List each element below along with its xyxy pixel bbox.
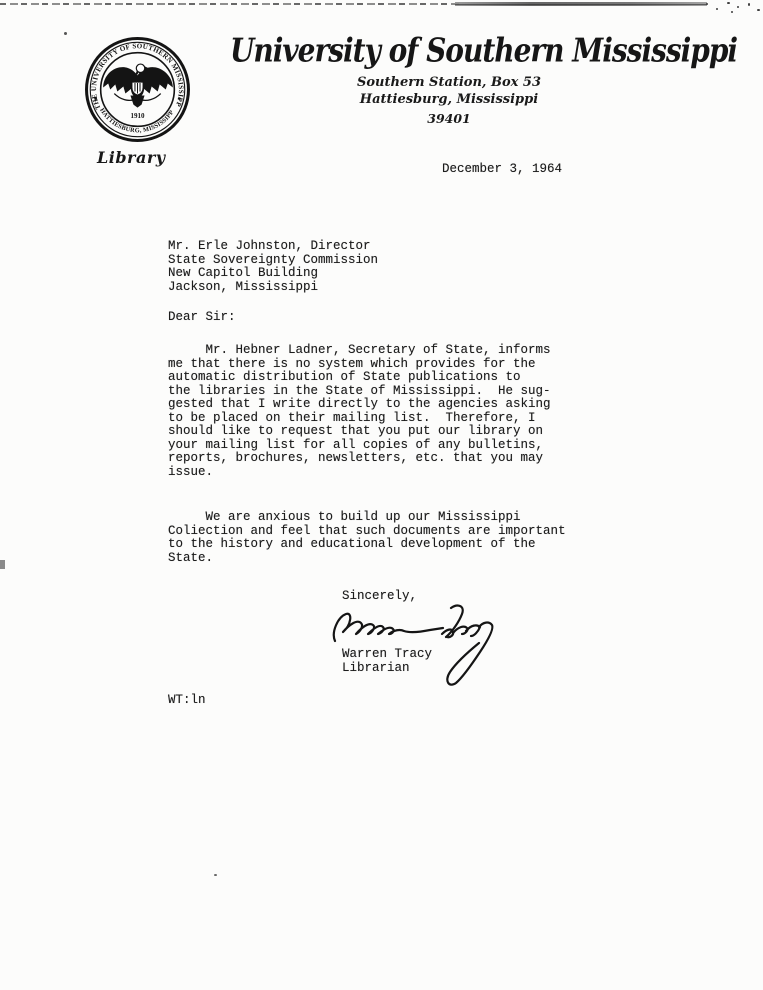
body-paragraph-1: Mr. Hebner Ladner, Secretary of State, i…: [168, 344, 551, 479]
letterhead-address-line2: Hattiesburg, Mississippi: [299, 92, 599, 107]
seal-year: 1910: [130, 112, 145, 120]
scan-artifact-left-tick: [0, 560, 5, 569]
recipient-line: New Capitol Building: [168, 267, 318, 281]
department-label: Library: [97, 148, 166, 167]
recipient-line: State Sovereignty Commission: [168, 254, 378, 268]
recipient-line: Jackson, Mississippi: [168, 281, 318, 295]
seal-ring-dot-left: [94, 97, 97, 100]
scan-speck: [748, 3, 750, 6]
letterhead-zip: 39401: [299, 111, 599, 126]
scan-speck: [716, 8, 718, 10]
scan-speck: [737, 6, 739, 8]
scan-speck: [706, 3, 708, 5]
signer-title: Librarian: [342, 662, 410, 676]
signed-name: Warren Tracy: [342, 648, 432, 662]
typist-initials: WT:ln: [168, 694, 206, 708]
scanned-letter-page: THE UNIVERSITY OF SOUTHERN MISSISSIPPI H…: [0, 0, 763, 990]
scan-artifact-top-line: [455, 4, 707, 5]
scan-speck: [731, 11, 733, 13]
eagle-icon: [103, 64, 173, 108]
letterhead-address-line1: Southern Station, Box 53: [299, 75, 599, 90]
salutation: Dear Sir:: [168, 311, 236, 325]
letter-date: December 3, 1964: [442, 163, 562, 177]
scan-speck: [64, 32, 67, 35]
scan-speck: [214, 874, 217, 876]
body-paragraph-2: We are anxious to build up our Mississip…: [168, 511, 566, 565]
university-seal: THE UNIVERSITY OF SOUTHERN MISSISSIPPI H…: [84, 36, 191, 143]
university-name: University of Southern Mississippi: [230, 31, 670, 70]
scan-speck: [757, 9, 760, 11]
scan-speck: [727, 2, 730, 4]
recipient-line: Mr. Erle Johnston, Director: [168, 240, 371, 254]
scan-artifact-top-dashes: [0, 3, 462, 5]
seal-ring-dot-right: [178, 97, 181, 100]
signature-handwriting: [326, 600, 504, 690]
